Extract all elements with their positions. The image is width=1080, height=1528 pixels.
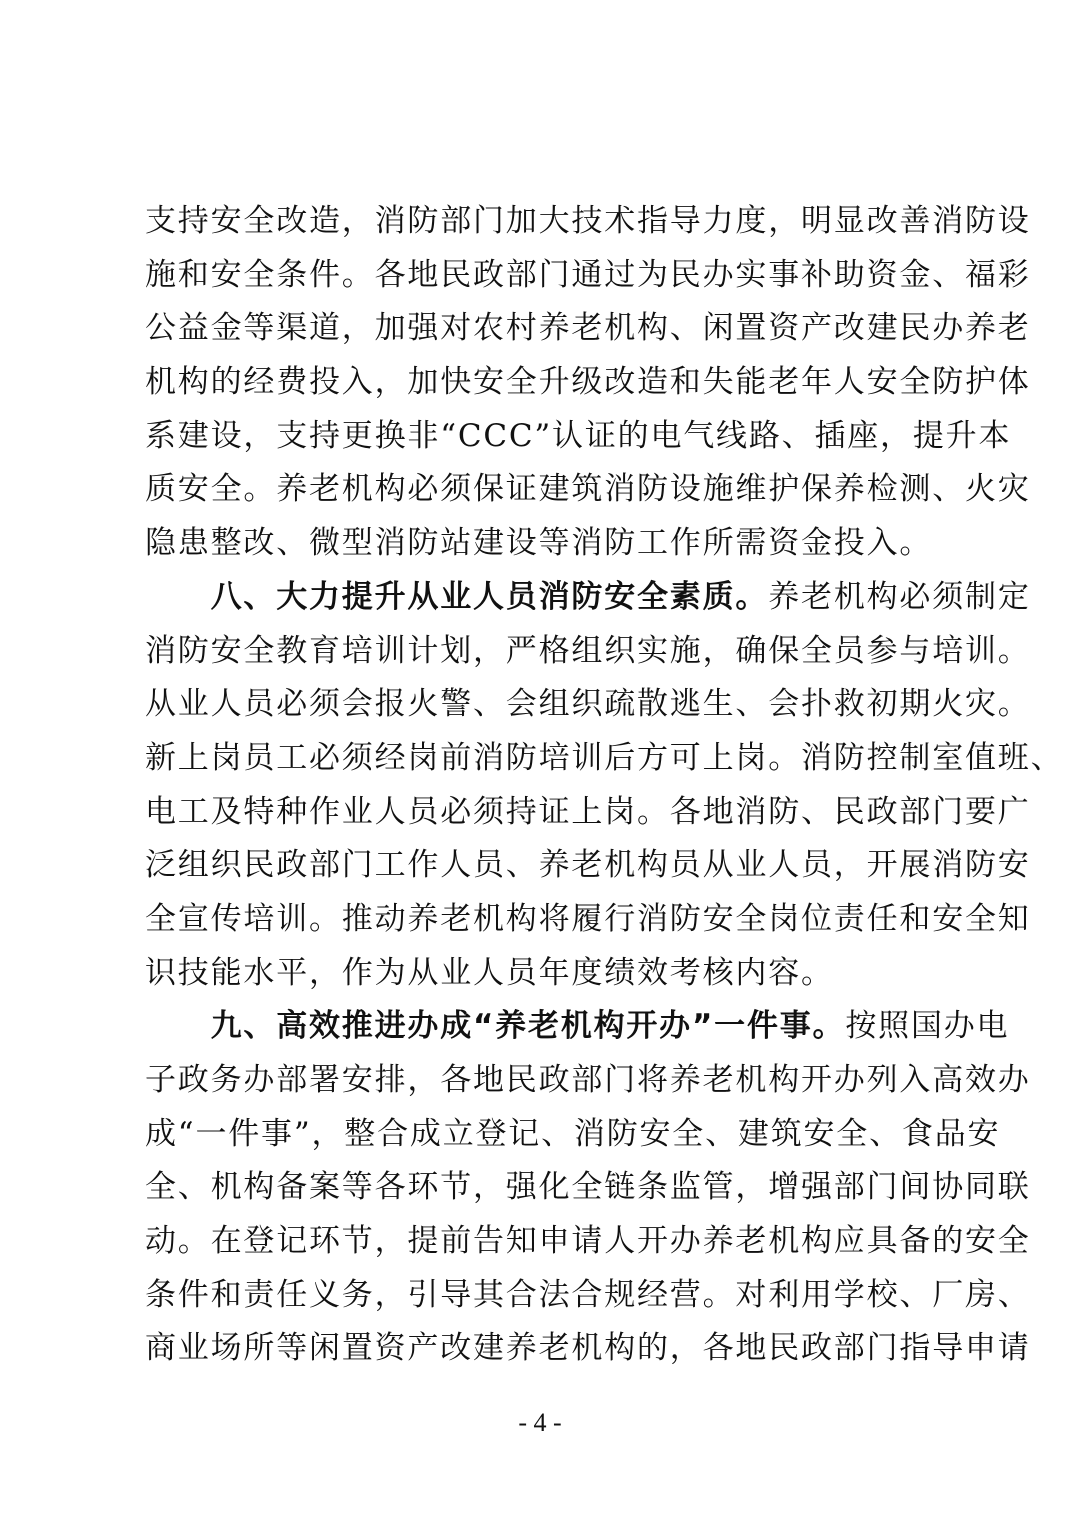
text-line: 电工及特种作业人员必须持证上岗。各地消防、民政部门要广 [145, 786, 935, 840]
line-text: 条件和责任义务，引导其合法合规经营。对利用学校、厂房、 [145, 1277, 1031, 1313]
text-line: 泛组织民政部门工作人员、养老机构员从业人员，开展消防安 [145, 839, 935, 893]
section-heading-8: 八、大力提升从业人员消防安全素质。 [211, 579, 769, 615]
line-text: 支持安全改造，消防部门加大技术指导力度，明显改善消防设 [145, 203, 1031, 239]
indent [145, 579, 211, 615]
line-text: 新上岗员工必须经岗前消防培训后方可上岗。消防控制室值班、 [145, 740, 1063, 776]
line-text: 养老机构必须制定 [768, 579, 1030, 615]
line-text: 子政务办部署安排，各地民政部门将养老机构开办列入高效办 [145, 1062, 1031, 1098]
line-text: 系建设，支持更换非“CCC”认证的电气线路、插座，提升本 [145, 418, 1011, 454]
line-text: 动。在登记环节，提前告知申请人开办养老机构应具备的安全 [145, 1223, 1031, 1259]
line-text: 识技能水平，作为从业人员年度绩效考核内容。 [145, 955, 834, 991]
section-heading-line: 八、大力提升从业人员消防安全素质。养老机构必须制定 [145, 571, 935, 625]
section-heading-line: 九、高效推进办成“养老机构开办”一件事。按照国办电 [145, 1000, 935, 1054]
section-heading-9: 九、高效推进办成“养老机构开办”一件事。 [211, 1008, 846, 1044]
line-text: 泛组织民政部门工作人员、养老机构员从业人员，开展消防安 [145, 847, 1031, 883]
line-text: 质安全。养老机构必须保证建筑消防设施维护保养检测、火灾 [145, 471, 1031, 507]
text-line: 条件和责任义务，引导其合法合规经营。对利用学校、厂房、 [145, 1269, 935, 1323]
line-text: 电工及特种作业人员必须持证上岗。各地消防、民政部门要广 [145, 794, 1031, 830]
line-text: 成“一件事”，整合成立登记、消防安全、建筑安全、食品安 [145, 1116, 1000, 1152]
text-line: 商业场所等闲置资产改建养老机构的，各地民政部门指导申请 [145, 1322, 935, 1376]
line-text: 公益金等渠道，加强对农村养老机构、闲置资产改建民办养老 [145, 310, 1031, 346]
indent [145, 1008, 211, 1044]
text-line: 系建设，支持更换非“CCC”认证的电气线路、插座，提升本 [145, 410, 935, 464]
body-text: 支持安全改造，消防部门加大技术指导力度，明显改善消防设 施和安全条件。各地民政部… [145, 195, 935, 1376]
line-text: 按照国办电 [845, 1008, 1009, 1044]
document-page: 支持安全改造，消防部门加大技术指导力度，明显改善消防设 施和安全条件。各地民政部… [0, 0, 1080, 1528]
text-line: 子政务办部署安排，各地民政部门将养老机构开办列入高效办 [145, 1054, 935, 1108]
text-line: 质安全。养老机构必须保证建筑消防设施维护保养检测、火灾 [145, 463, 935, 517]
text-line: 从业人员必须会报火警、会组织疏散逃生、会扑救初期火灾。 [145, 678, 935, 732]
line-text: 机构的经费投入，加快安全升级改造和失能老年人安全防护体 [145, 364, 1031, 400]
line-text: 全、机构备案等各环节，强化全链条监管，增强部门间协同联 [145, 1169, 1031, 1205]
line-text: 全宣传培训。推动养老机构将履行消防安全岗位责任和安全知 [145, 901, 1031, 937]
line-text: 施和安全条件。各地民政部门通过为民办实事补助资金、福彩 [145, 257, 1031, 293]
text-line: 机构的经费投入，加快安全升级改造和失能老年人安全防护体 [145, 356, 935, 410]
line-text: 从业人员必须会报火警、会组织疏散逃生、会扑救初期火灾。 [145, 686, 1031, 722]
line-text: 消防安全教育培训计划，严格组织实施，确保全员参与培训。 [145, 633, 1031, 669]
text-line: 成“一件事”，整合成立登记、消防安全、建筑安全、食品安 [145, 1108, 935, 1162]
line-text: 商业场所等闲置资产改建养老机构的，各地民政部门指导申请 [145, 1330, 1031, 1366]
line-text: 隐患整改、微型消防站建设等消防工作所需资金投入。 [145, 525, 932, 561]
text-line: 新上岗员工必须经岗前消防培训后方可上岗。消防控制室值班、 [145, 732, 935, 786]
text-line: 动。在登记环节，提前告知申请人开办养老机构应具备的安全 [145, 1215, 935, 1269]
text-line: 支持安全改造，消防部门加大技术指导力度，明显改善消防设 [145, 195, 935, 249]
text-line: 消防安全教育培训计划，严格组织实施，确保全员参与培训。 [145, 625, 935, 679]
text-line: 全宣传培训。推动养老机构将履行消防安全岗位责任和安全知 [145, 893, 935, 947]
text-line: 公益金等渠道，加强对农村养老机构、闲置资产改建民办养老 [145, 302, 935, 356]
text-line: 全、机构备案等各环节，强化全链条监管，增强部门间协同联 [145, 1161, 935, 1215]
text-line: 施和安全条件。各地民政部门通过为民办实事补助资金、福彩 [145, 249, 935, 303]
text-line: 隐患整改、微型消防站建设等消防工作所需资金投入。 [145, 517, 935, 571]
page-number: - 4 - [0, 1408, 1080, 1438]
text-line: 识技能水平，作为从业人员年度绩效考核内容。 [145, 947, 935, 1001]
